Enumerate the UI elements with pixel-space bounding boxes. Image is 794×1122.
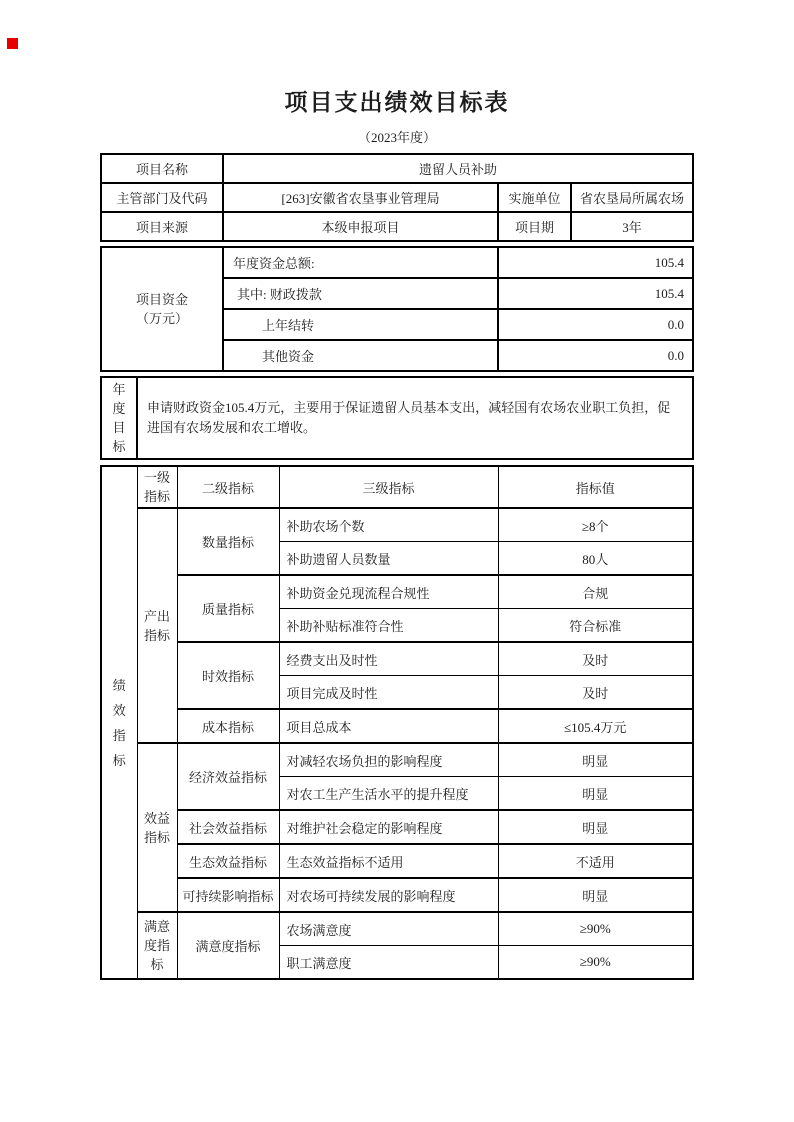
document-page: 项目支出绩效目标表 （2023年度） 项目名称 遗留人员补助 主管部门及代码 [… <box>0 0 794 1122</box>
funding-value-fiscal: 105.4 <box>498 278 693 309</box>
level2-social: 社会效益指标 <box>177 810 279 844</box>
indicator-value: 明显 <box>498 878 693 912</box>
table-content: 项目名称 遗留人员补助 主管部门及代码 [263]安徽省农垦事业管理局 实施单位… <box>100 153 692 980</box>
level1-output: 产出指标 <box>137 508 177 743</box>
level1-benefit: 效益指标 <box>137 743 177 912</box>
indicator-name: 对农场可持续发展的影响程度 <box>279 878 498 912</box>
table-row: 成本指标 项目总成本 ≤105.4万元 <box>101 709 693 743</box>
indicator-name: 补助补贴标准符合性 <box>279 609 498 643</box>
indicator-name: 项目完成及时性 <box>279 676 498 710</box>
indicator-value: 明显 <box>498 743 693 777</box>
table-row: 满意度指标 满意度指标 农场满意度 ≥90% <box>101 912 693 946</box>
indicator-name: 补助资金兑现流程合规性 <box>279 575 498 609</box>
department-value: [263]安徽省农垦事业管理局 <box>223 183 498 212</box>
indicator-value: 合规 <box>498 575 693 609</box>
project-source-value: 本级申报项目 <box>223 212 498 241</box>
project-period-value: 3年 <box>571 212 693 241</box>
indicator-name: 农场满意度 <box>279 912 498 946</box>
level2-quality: 质量指标 <box>177 575 279 642</box>
project-info-table: 项目名称 遗留人员补助 主管部门及代码 [263]安徽省农垦事业管理局 实施单位… <box>100 153 694 242</box>
level2-sustainable: 可持续影响指标 <box>177 878 279 912</box>
table-row: 年度目标 申请财政资金105.4万元，主要用于保证遗留人员基本支出，减轻国有农场… <box>101 377 693 459</box>
table-row: 可持续影响指标 对农场可持续发展的影响程度 明显 <box>101 878 693 912</box>
table-row: 项目来源 本级申报项目 项目期 3年 <box>101 212 693 241</box>
level2-ecological: 生态效益指标 <box>177 844 279 878</box>
funding-value-other: 0.0 <box>498 340 693 371</box>
implement-unit-label: 实施单位 <box>498 183 571 212</box>
indicator-value: ≥8个 <box>498 508 693 542</box>
performance-side-label: 绩效指标 <box>101 466 137 979</box>
table-row: 效益指标 经济效益指标 对减轻农场负担的影响程度 明显 <box>101 743 693 777</box>
indicator-name: 生态效益指标不适用 <box>279 844 498 878</box>
annual-goal-label: 年度目标 <box>101 377 137 459</box>
project-name-value: 遗留人员补助 <box>223 154 693 183</box>
indicator-name: 对减轻农场负担的影响程度 <box>279 743 498 777</box>
table-row: 质量指标 补助资金兑现流程合规性 合规 <box>101 575 693 609</box>
indicator-value: ≤105.4万元 <box>498 709 693 743</box>
level1-satisfaction: 满意度指标 <box>137 912 177 979</box>
page-title: 项目支出绩效目标表 <box>0 0 794 117</box>
table-row: 社会效益指标 对维护社会稳定的影响程度 明显 <box>101 810 693 844</box>
department-label: 主管部门及代码 <box>101 183 223 212</box>
annual-goal-text: 申请财政资金105.4万元，主要用于保证遗留人员基本支出，减轻国有农场农业职工负… <box>137 377 693 459</box>
table-row: 时效指标 经费支出及时性 及时 <box>101 642 693 676</box>
level2-cost: 成本指标 <box>177 709 279 743</box>
indicator-value: 不适用 <box>498 844 693 878</box>
indicator-name: 对维护社会稳定的影响程度 <box>279 810 498 844</box>
table-row: 生态效益指标 生态效益指标不适用 不适用 <box>101 844 693 878</box>
indicator-value: 及时 <box>498 676 693 710</box>
red-corner-marker <box>7 38 18 49</box>
funding-item-fiscal: 其中: 财政拨款 <box>223 278 498 309</box>
table-row: 项目资金 （万元） 年度资金总额: 105.4 <box>101 247 693 278</box>
indicator-value: ≥90% <box>498 912 693 946</box>
funding-value-total: 105.4 <box>498 247 693 278</box>
table-row: 产出指标 数量指标 补助农场个数 ≥8个 <box>101 508 693 542</box>
annual-goal-table: 年度目标 申请财政资金105.4万元，主要用于保证遗留人员基本支出，减轻国有农场… <box>100 376 694 460</box>
performance-side-label-text: 绩效指标 <box>112 673 126 773</box>
funding-item-other: 其他资金 <box>223 340 498 371</box>
project-name-label: 项目名称 <box>101 154 223 183</box>
funding-item-carryover: 上年结转 <box>223 309 498 340</box>
indicator-name: 职工满意度 <box>279 946 498 980</box>
indicator-value: 符合标准 <box>498 609 693 643</box>
level2-economic: 经济效益指标 <box>177 743 279 810</box>
level2-quantity: 数量指标 <box>177 508 279 575</box>
indicator-name: 补助遗留人员数量 <box>279 542 498 576</box>
indicator-name: 补助农场个数 <box>279 508 498 542</box>
table-row: 项目名称 遗留人员补助 <box>101 154 693 183</box>
indicator-name: 对农工生产生活水平的提升程度 <box>279 777 498 811</box>
header-value: 指标值 <box>498 466 693 508</box>
level2-timeliness: 时效指标 <box>177 642 279 709</box>
indicator-header-row: 绩效指标 一级指标 二级指标 三级指标 指标值 <box>101 466 693 508</box>
funding-value-carryover: 0.0 <box>498 309 693 340</box>
implement-unit-value: 省农垦局所属农场 <box>571 183 693 212</box>
funding-item-total: 年度资金总额: <box>223 247 498 278</box>
project-source-label: 项目来源 <box>101 212 223 241</box>
project-period-label: 项目期 <box>498 212 571 241</box>
table-row: 主管部门及代码 [263]安徽省农垦事业管理局 实施单位 省农垦局所属农场 <box>101 183 693 212</box>
indicator-value: 80人 <box>498 542 693 576</box>
indicator-value: 及时 <box>498 642 693 676</box>
performance-indicator-table: 绩效指标 一级指标 二级指标 三级指标 指标值 产出指标 数量指标 补助农场个数… <box>100 465 694 980</box>
indicator-value: 明显 <box>498 810 693 844</box>
project-funding-table: 项目资金 （万元） 年度资金总额: 105.4 其中: 财政拨款 105.4 上… <box>100 246 694 372</box>
page-subtitle: （2023年度） <box>0 127 794 146</box>
indicator-name: 项目总成本 <box>279 709 498 743</box>
level2-satisfaction: 满意度指标 <box>177 912 279 979</box>
funding-label: 项目资金 （万元） <box>101 247 223 371</box>
header-level3: 三级指标 <box>279 466 498 508</box>
indicator-value: ≥90% <box>498 946 693 980</box>
indicator-value: 明显 <box>498 777 693 811</box>
indicator-name: 经费支出及时性 <box>279 642 498 676</box>
header-level2: 二级指标 <box>177 466 279 508</box>
header-level1: 一级指标 <box>137 466 177 508</box>
